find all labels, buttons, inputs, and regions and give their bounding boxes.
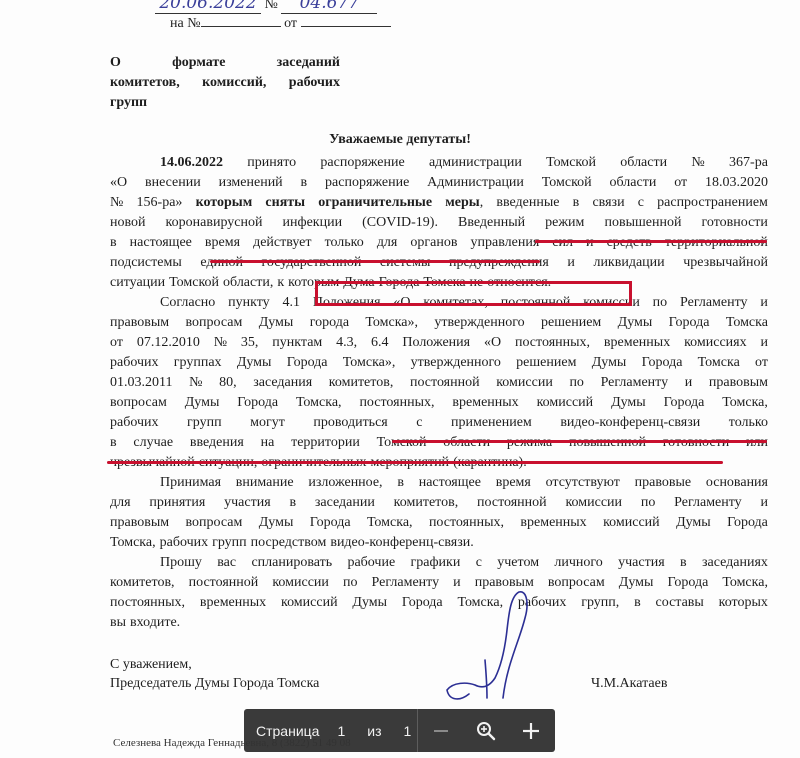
subject-line: комитетов, комиссий, рабочих bbox=[110, 73, 340, 93]
body-line: Принимаявниманиеизложенное,внастоящеевре… bbox=[160, 473, 768, 493]
body-line: дляпринятияучастиявзаседаниикомитетов,по… bbox=[110, 493, 768, 513]
body-line: подсистемыединойгосударственнойсистемыпр… bbox=[110, 253, 768, 273]
salutation: Уважаемые депутаты! bbox=[0, 132, 800, 148]
body-line: 01.03.2011№80,заседаниякомитетов,постоян… bbox=[110, 373, 768, 393]
body-line: новойкоронавируснойинфекции(COVID-19).Вв… bbox=[110, 213, 768, 233]
page-label: Страница bbox=[256, 723, 319, 739]
reply-number-blank bbox=[201, 14, 281, 27]
magnifier-plus-icon bbox=[476, 721, 496, 741]
highlight-underline bbox=[392, 440, 767, 443]
body-line: №156-ра»которымснятыограничительныемеры,… bbox=[110, 193, 768, 213]
reply-date-blank bbox=[301, 14, 391, 27]
outgoing-reference: 20.06.2022 № 04.677 bbox=[155, 0, 377, 14]
body-line: Томска,рабочихгрупппосредствомвидео-конф… bbox=[110, 533, 768, 553]
zoom-out-button[interactable] bbox=[418, 709, 463, 752]
body-line: «ОвнесенииизмененийвраспоряжениеАдминист… bbox=[110, 173, 768, 193]
subject-line: групп bbox=[110, 93, 340, 113]
highlight-underline bbox=[210, 260, 540, 263]
viewer-toolbar: Страница 1 из 1 bbox=[244, 709, 555, 752]
body-line: от07.12.2010№35,пунктам4.3,6.4Положения«… bbox=[110, 333, 768, 353]
body-line: 14.06.2022принятораспоряжениеадминистрац… bbox=[160, 153, 768, 173]
reply-prefix: на № bbox=[170, 16, 201, 31]
body-line: правовымвопросамДумыГородаТомска,постоян… bbox=[110, 513, 768, 533]
letter-subject: О формате заседаний комитетов, комиссий,… bbox=[110, 53, 340, 113]
body-line: комитетов,постояннойкомиссиипоРегламенту… bbox=[110, 573, 768, 593]
scanned-document-page: 20.06.2022 № 04.677 на № от О формате за… bbox=[0, 0, 800, 758]
subject-word: О bbox=[110, 53, 121, 73]
subject-word: заседаний bbox=[277, 53, 340, 73]
page-indicator: Страница 1 из 1 bbox=[244, 709, 417, 752]
signer-name: Ч.М.Акатаев bbox=[591, 676, 667, 692]
body-line: вывходите. bbox=[110, 613, 768, 633]
zoom-fit-button[interactable] bbox=[463, 709, 508, 752]
outgoing-number: 04.677 bbox=[281, 0, 377, 14]
body-line: Прошувасспланироватьрабочиеграфикисучето… bbox=[160, 553, 768, 573]
closing: С уважением, bbox=[110, 657, 192, 673]
body-line: правовымвопросамДумыгородаТомска»,утверж… bbox=[110, 313, 768, 333]
zoom-in-button[interactable] bbox=[508, 709, 553, 752]
total-pages: 1 bbox=[404, 723, 412, 739]
body-line: рабочихгруппахДумыГородаТомска»,утвержде… bbox=[110, 353, 768, 373]
plus-icon bbox=[522, 722, 540, 740]
minus-icon bbox=[432, 722, 450, 740]
reply-from-label: от bbox=[284, 16, 297, 31]
highlight-underline bbox=[107, 461, 723, 464]
current-page-input[interactable]: 1 bbox=[337, 723, 345, 739]
reply-reference: на № от bbox=[170, 14, 391, 32]
highlight-underline bbox=[535, 240, 767, 243]
highlight-box bbox=[315, 281, 632, 306]
number-sign: № bbox=[265, 0, 278, 12]
signer-title: Председатель Думы Города Томска bbox=[110, 676, 319, 692]
signature-icon bbox=[445, 590, 555, 705]
body-line: вопросамДумыГородаТомска,постоянных,врем… bbox=[110, 393, 768, 413]
body-line: постоянных,временныхкомиссийДумыГородаТо… bbox=[110, 593, 768, 613]
of-label: из bbox=[367, 723, 381, 739]
body-line: вслучаевведениянатерриторииТомскойобласт… bbox=[110, 433, 768, 453]
subject-word: формате bbox=[172, 53, 225, 73]
body-line: внастоящеевремядействуеттолькодляорганов… bbox=[110, 233, 768, 253]
body-line: рабочихгруппмогутпроводитьсясприменением… bbox=[110, 413, 768, 433]
outgoing-date: 20.06.2022 bbox=[155, 0, 261, 14]
